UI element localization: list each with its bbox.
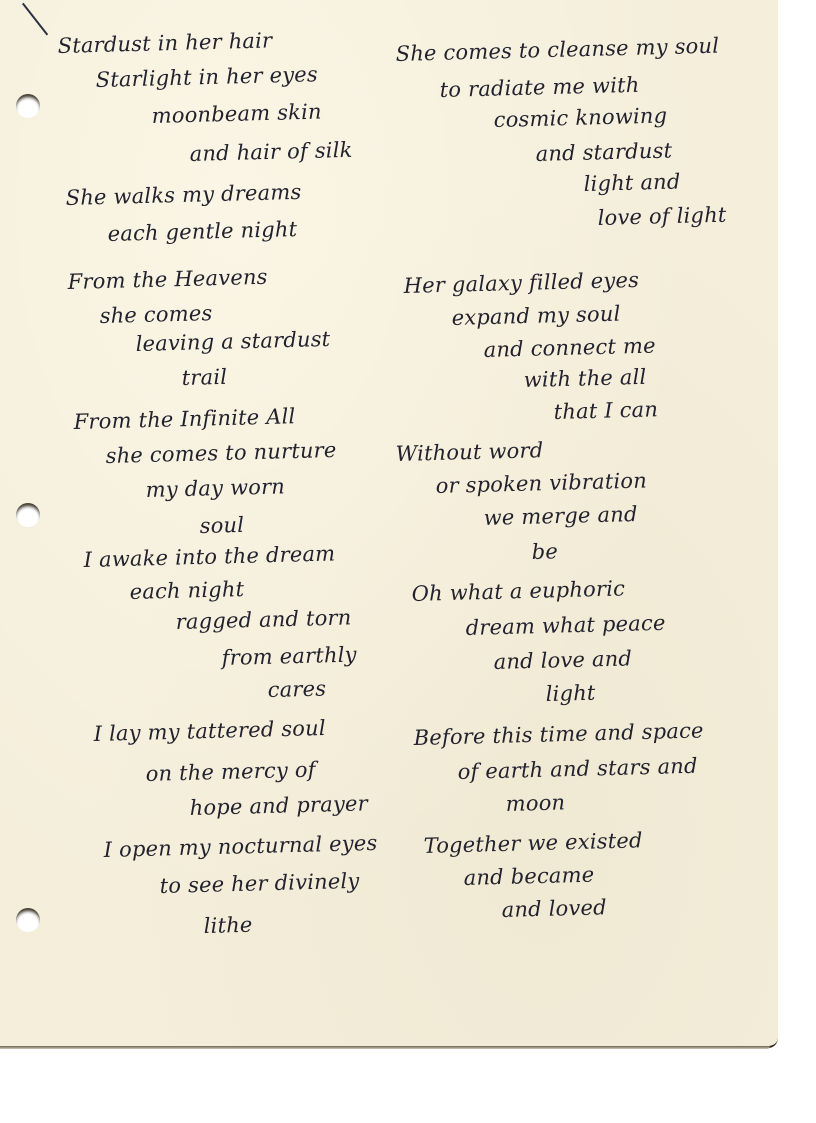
poem-line: I lay my tattered soul [93,716,326,746]
notebook-paper: Stardust in her hairStarlight in her eye… [0,0,778,1048]
poem-line: cosmic knowing [493,103,667,132]
poem-line: moon [505,790,565,816]
poem-line: and became [463,863,594,890]
poem-line: Together we existed [423,828,643,858]
poem-line: Oh what a euphoric [411,576,625,606]
punch-hole [16,908,40,932]
poem-line: soul [199,513,244,538]
poem-line: expand my soul [451,302,620,330]
poem-line: she comes to nurture [105,438,336,468]
poem-line: each gentle night [107,217,297,246]
poem-line: and connect me [483,334,656,362]
poem-line: that I can [553,397,658,424]
poem-line: and hair of silk [189,138,352,166]
paper-bottom-edge [0,1046,770,1049]
poem-line: dream what peace [465,611,665,640]
poem-line: my day worn [145,474,285,502]
poem-line: She walks my dreams [65,180,301,210]
punch-hole [16,503,40,527]
poem-line: and loved [501,895,607,922]
poem-line: from earthly [221,642,357,670]
poem-line: to radiate me with [439,73,639,102]
poem-line: each night [129,577,244,604]
poem-line: to see her divinely [159,869,359,898]
poem-line: ragged and torn [175,605,351,634]
poem-line: Before this time and space [413,718,704,750]
poem-line: and stardust [535,138,672,166]
poem-line: lithe [203,913,252,938]
poem-line: be [531,539,558,564]
poem-line: or spoken vibration [435,468,647,498]
poem-line: Starlight in her eyes [95,62,318,92]
poem-line: light and [583,169,680,196]
poem-line: Stardust in her hair [57,28,272,58]
poem-line: and love and [493,646,632,674]
poem-line: Her galaxy filled eyes [403,268,639,298]
poem-line: of earth and stars and [457,754,698,784]
poem-line: I open my nocturnal eyes [103,831,377,862]
poem-line: Without word [395,438,543,466]
poem-line: we merge and [483,502,637,530]
poem-line: moonbeam skin [151,100,322,128]
poem-line: trail [181,365,227,390]
poem-line: leaving a stardust [135,327,330,356]
poem-line: hope and prayer [189,791,368,820]
poem-line: she comes [99,301,212,328]
poem-line: She comes to cleanse my soul [395,34,719,66]
poem-line: cares [267,676,326,702]
poem-line: I awake into the dream [83,541,335,572]
poem-line: love of light [597,203,726,230]
poem-line: From the Heavens [67,265,268,294]
poem-line: light [545,681,595,706]
poem-line: on the mercy of [145,758,316,786]
poem-line: From the Infinite All [73,404,295,434]
pen-mark [22,3,48,36]
punch-hole [16,94,40,118]
poem-line: with the all [523,365,646,392]
